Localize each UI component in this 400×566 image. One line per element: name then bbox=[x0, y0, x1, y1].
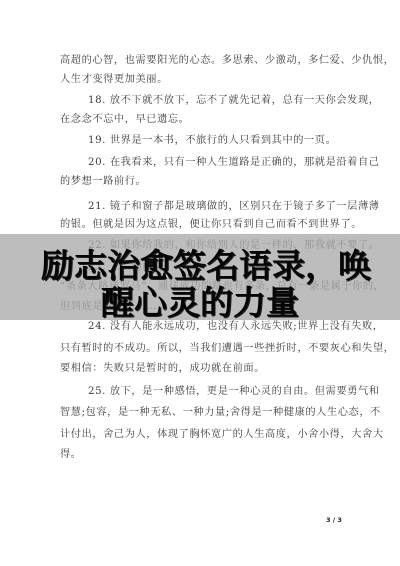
quote-18: 18. 放不下就不放下，忘不了就先记着，总有一天你会发现， bbox=[88, 94, 350, 108]
quote-25: 25. 放下，是一种感悟，更是一种心灵的自由。但需要勇气和 bbox=[88, 385, 350, 399]
text-line: 计付出，舍己为人，体现了胸怀宽广的人生高度，小舍小得，大舍大 bbox=[60, 428, 350, 442]
quote-21: 21. 镜子和窗子都是玻璃做的，区别只在于镜子多了一层薄薄 bbox=[88, 200, 350, 214]
quote-19: 19. 世界是一本书，不旅行的人只看到其中的一页。 bbox=[88, 134, 350, 148]
page-number: 3 / 3 bbox=[326, 516, 342, 524]
text-line: 的银。但就是因为这点银，便让你只看到自己而看不到世界了。 bbox=[60, 218, 350, 232]
text-line: 智慧;包容，是一种无私、一种力量;舍得是一种健康的人生心态，不 bbox=[60, 406, 350, 420]
banner-title-line-2: 醒心灵的力量 bbox=[0, 285, 400, 321]
banner-title-line-1: 励志治愈签名语录，唤 bbox=[6, 248, 400, 284]
text-line: 只有暂时的不成功。所以，当我们遭遇一些挫折时，不要灰心和失望， bbox=[60, 342, 350, 356]
text-line: 人生才变得更加美丽。 bbox=[60, 73, 350, 87]
text-line: 得。 bbox=[60, 448, 350, 462]
text-line: 高超的心智，也需要阳光的心态。多思索、少激动，多仁爱、少仇恨， bbox=[60, 54, 350, 68]
quote-20: 20. 在我看来，只有一种人生道路是正确的，那就是沿着自己 bbox=[88, 156, 350, 170]
quote-24: 24. 没有人能永远成功，也没有人永远失败;世界上没有失败， bbox=[88, 320, 350, 334]
text-line: 的梦想一路前行。 bbox=[60, 175, 350, 189]
text-line: 要相信：失败只是暂时的，成功就在前面。 bbox=[60, 362, 350, 376]
text-line: 在念念不忘中，早已遗忘。 bbox=[60, 113, 350, 127]
